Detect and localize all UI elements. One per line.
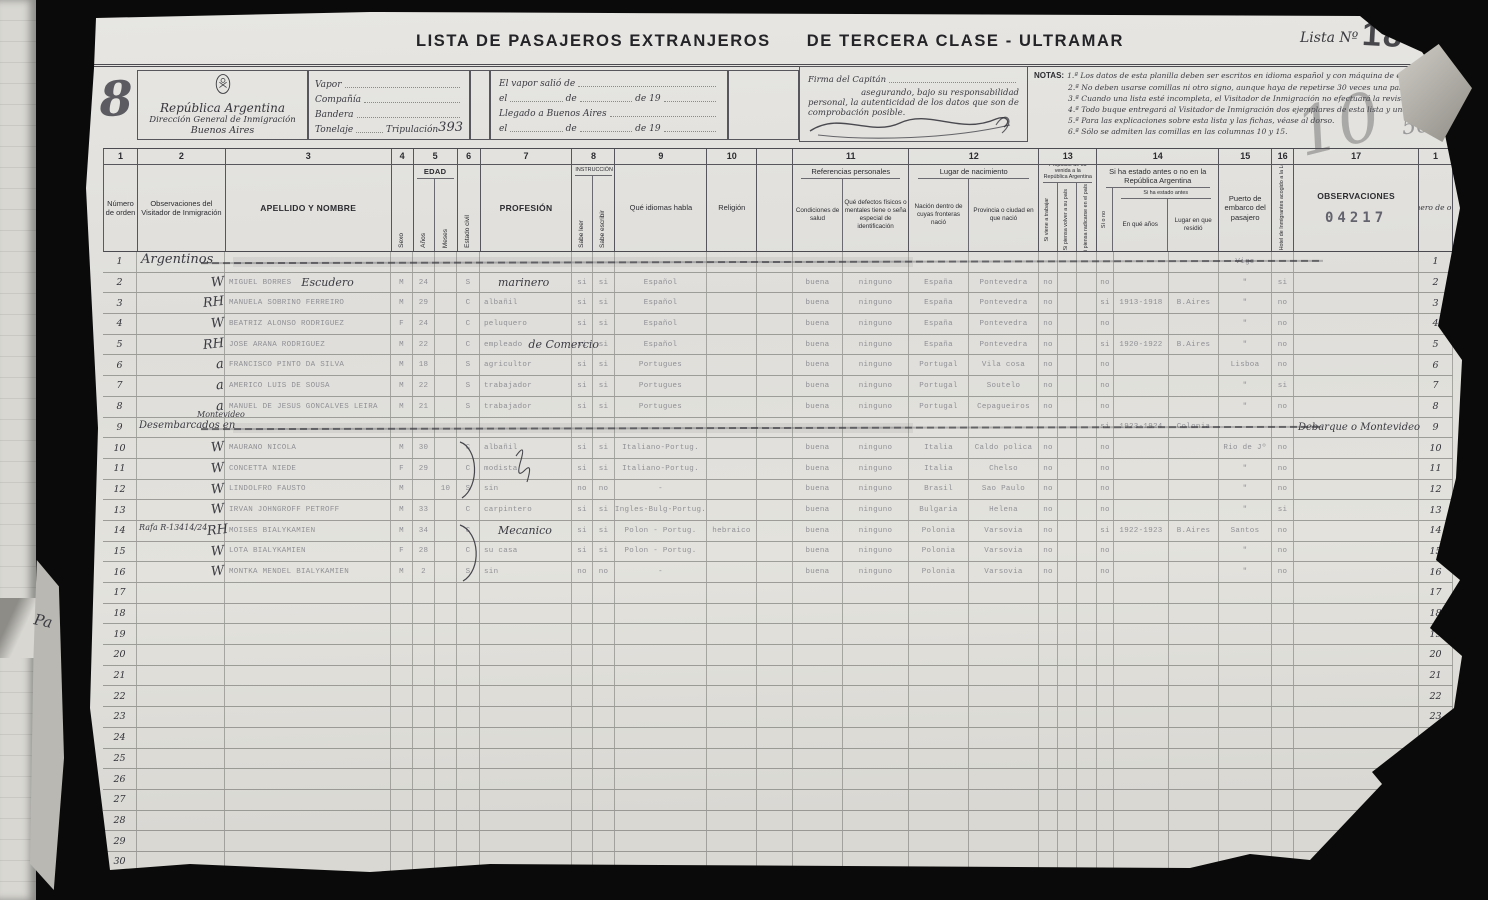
cell: [843, 790, 909, 810]
typed-value: si: [1100, 299, 1110, 307]
sail-de-label: de: [566, 94, 577, 104]
cell: Santos: [1219, 521, 1272, 541]
observaciones-stamp-number: 04217: [1325, 210, 1387, 226]
cell: [435, 645, 457, 665]
cell: M: [391, 273, 413, 293]
bandera-label: Bandera: [315, 110, 354, 120]
cell: [480, 769, 572, 789]
col-vertical-label: Estado civil: [465, 215, 472, 248]
typed-value: ninguno: [859, 506, 893, 514]
obs-handwritten: a: [215, 357, 224, 373]
col-group-title: Referencias personales: [801, 165, 900, 179]
cell: 8: [103, 397, 137, 417]
table-row: 9Desembarcados enMontevideosi1923-1924Co…: [103, 418, 1453, 439]
row-number-left: 3: [116, 298, 122, 309]
profession: modista: [484, 465, 518, 473]
cell: [572, 666, 593, 686]
cell: [1169, 500, 1219, 520]
cell: [1294, 728, 1419, 748]
typed-value: no: [1278, 465, 1288, 473]
cell: [757, 790, 793, 810]
typed-value: no: [1100, 485, 1110, 493]
typed-value: si: [599, 444, 609, 452]
cell: si: [1272, 376, 1294, 396]
col-number: 7: [481, 149, 572, 165]
cell: [435, 500, 457, 520]
cell: [1272, 686, 1294, 706]
col-numero-orden-right: 1Número de orden: [1419, 149, 1453, 251]
col-observaciones: 17OBSERVACIONES04217: [1294, 149, 1419, 251]
obs-handwritten: W: [210, 481, 225, 497]
cell: [793, 624, 843, 644]
col-edad: 5EDADAñosMeses: [414, 149, 458, 251]
cell: LINDOLFRO FAUSTO: [225, 480, 391, 500]
table-row: 3RHMANUELA SOBRINO FERREIROM29Calbañilsi…: [103, 293, 1453, 314]
cell: 22: [413, 335, 435, 355]
typed-value: si: [599, 279, 609, 287]
passenger-name: MAURANO NICOLA: [229, 444, 296, 452]
typed-value: Vigo: [1235, 258, 1254, 266]
cell: [969, 252, 1039, 272]
cell: sin: [480, 562, 572, 582]
cell: [969, 645, 1039, 665]
cell: [1169, 562, 1219, 582]
cell: [1294, 769, 1419, 789]
cell: [413, 728, 435, 748]
typed-value: no: [1100, 547, 1110, 555]
table-row: 11WCONCETTA NIEDEF29CmodistasisiItaliano…: [103, 459, 1453, 480]
cell: [225, 624, 391, 644]
cell: 30: [413, 438, 435, 458]
cell: 13: [103, 500, 137, 520]
cell: [843, 707, 909, 727]
typed-value: España: [924, 341, 953, 349]
typed-value: Lisboa: [1231, 361, 1260, 369]
cell: ninguno: [843, 459, 909, 479]
cell: [1419, 769, 1453, 789]
row-number-left: 25: [113, 753, 125, 764]
typed-value: C: [466, 527, 471, 535]
cell: 23: [1419, 707, 1453, 727]
cell: [1294, 438, 1419, 458]
cell: [1294, 314, 1419, 334]
cell: [909, 831, 969, 851]
typed-value: Polonia: [922, 547, 956, 555]
cell: [457, 769, 480, 789]
cell: [1077, 500, 1097, 520]
col-sexo: 4Sexo: [392, 149, 414, 251]
cell: [1058, 521, 1077, 541]
cell: [615, 624, 707, 644]
typed-value: si: [577, 320, 587, 328]
cell: [1097, 749, 1114, 769]
row-number-left: 2: [116, 277, 122, 288]
cell: si: [1097, 418, 1114, 438]
row-number-left: 28: [113, 815, 125, 826]
cell: MOISES BIALYKAMIEN: [225, 521, 391, 541]
typed-value: M: [399, 279, 404, 287]
cell: [757, 624, 793, 644]
cell: [1219, 831, 1272, 851]
cell: [137, 583, 225, 603]
cell: si: [572, 438, 593, 458]
cell: no: [1272, 397, 1294, 417]
cell: [707, 293, 757, 313]
cell: 19: [1419, 624, 1453, 644]
cell: [1169, 397, 1219, 417]
cell: 21: [103, 666, 137, 686]
typed-value: no: [599, 568, 609, 576]
typed-value: 1923-1924: [1119, 423, 1162, 431]
cell: [707, 418, 757, 438]
cell: W: [137, 273, 225, 293]
cell: 11: [103, 459, 137, 479]
cell: [707, 583, 757, 603]
cell: [413, 707, 435, 727]
cell: F: [391, 459, 413, 479]
cell: 21: [413, 397, 435, 417]
cell: [572, 728, 593, 748]
cell: [909, 666, 969, 686]
cell: [1114, 542, 1169, 562]
typed-value: si: [599, 299, 609, 307]
typed-value: buena: [805, 279, 829, 287]
cell: [457, 666, 480, 686]
typed-value: ninguno: [859, 403, 893, 411]
cell: no: [1272, 355, 1294, 375]
cell: M: [391, 480, 413, 500]
underlying-page-corner: [0, 598, 36, 658]
cell: [707, 335, 757, 355]
cell: no: [1039, 376, 1058, 396]
cell: [391, 749, 413, 769]
cell: albañil: [480, 438, 572, 458]
cell: [593, 604, 615, 624]
row-number-right: 9: [1432, 422, 1438, 433]
typed-value: C: [466, 444, 471, 452]
typed-value: 10: [441, 485, 451, 493]
cell: [225, 418, 391, 438]
typed-value: no: [1100, 465, 1110, 473]
typed-value: si: [1278, 382, 1288, 390]
cell: [480, 583, 572, 603]
cell: [909, 852, 969, 872]
row-number-left: 8: [116, 401, 122, 412]
row-number-right: 21: [1429, 670, 1441, 681]
cell: -: [615, 480, 707, 500]
spacer-box-b: [728, 70, 799, 140]
cell: [435, 397, 457, 417]
cell: Italiano-Portug.: [615, 459, 707, 479]
cell: 15: [1419, 542, 1453, 562]
col-label: PROFESIÓN: [499, 202, 554, 215]
cell: [1169, 749, 1219, 769]
typed-value: no: [599, 485, 609, 493]
cell: ninguno: [843, 500, 909, 520]
typed-value: no: [1100, 444, 1110, 452]
cell: [1114, 728, 1169, 748]
typed-value: C: [466, 320, 471, 328]
cell: [1077, 583, 1097, 603]
notas-label: NOTAS:: [1034, 71, 1064, 80]
passenger-name: LINDOLFRO FAUSTO: [229, 485, 306, 493]
cell: [909, 418, 969, 438]
row-number-left: 22: [113, 691, 125, 702]
cell: [757, 852, 793, 872]
cell: Polonia: [909, 542, 969, 562]
typed-value: no: [1043, 403, 1053, 411]
typed-value: no: [1043, 279, 1053, 287]
cell: C: [457, 293, 480, 313]
cell: [137, 749, 225, 769]
cell: [707, 542, 757, 562]
cell: si: [1272, 500, 1294, 520]
typed-value: Varsovia: [984, 547, 1022, 555]
typed-value: 22: [419, 382, 429, 390]
cell: [615, 707, 707, 727]
col-sub-label: Si piensa volver a su país: [1058, 183, 1077, 251]
cell: [615, 583, 707, 603]
cell: ninguno: [843, 314, 909, 334]
cell: Vila cosa: [969, 355, 1039, 375]
cell: 5: [103, 335, 137, 355]
cell: [1114, 604, 1169, 624]
typed-value: ninguno: [859, 299, 893, 307]
cell: [1114, 252, 1169, 272]
cell: [707, 707, 757, 727]
cell: [1058, 562, 1077, 582]
typed-value: Bulgaria: [919, 506, 957, 514]
cell: [391, 811, 413, 831]
typed-value: buena: [805, 444, 829, 452]
cell: ninguno: [843, 273, 909, 293]
cell: [572, 852, 593, 872]
cell: buena: [793, 438, 843, 458]
col-blank: [757, 149, 793, 251]
title-right: DE TERCERA CLASE - ULTRAMAR: [807, 32, 1124, 50]
cell: [1077, 707, 1097, 727]
cell: [1058, 438, 1077, 458]
cell: [1077, 418, 1097, 438]
typed-value: Pontevedra: [979, 299, 1027, 307]
cell: 2: [413, 562, 435, 582]
cell: sin: [480, 480, 572, 500]
cell: [909, 252, 969, 272]
typed-value: -: [658, 568, 663, 576]
cell: S: [457, 480, 480, 500]
cell: [1058, 273, 1077, 293]
row-number-left: 15: [113, 546, 125, 557]
cell: [1077, 293, 1097, 313]
cell: a: [137, 376, 225, 396]
typed-value: Polon - Portug.: [624, 547, 696, 555]
col-group-title: Propósito de su venida a la República Ar…: [1043, 165, 1092, 183]
cell: [757, 666, 793, 686]
cell: [137, 831, 225, 851]
cell: no: [1272, 459, 1294, 479]
cell: Pontevedra: [969, 314, 1039, 334]
cell: M: [391, 500, 413, 520]
cell: Bulgaria: [909, 500, 969, 520]
cell: [593, 686, 615, 706]
cell: [457, 852, 480, 872]
cell: [615, 686, 707, 706]
margin-handwritten-note: Pa: [32, 610, 54, 631]
cell: [1114, 811, 1169, 831]
typed-value: no: [1043, 506, 1053, 514]
typed-value: Italia: [924, 444, 953, 452]
cell: [413, 790, 435, 810]
cell: [1097, 769, 1114, 789]
cell: [909, 728, 969, 748]
cell: [1058, 355, 1077, 375]
cell: 1923-1924: [1114, 418, 1169, 438]
cell: 22: [1419, 686, 1453, 706]
cell: [1114, 624, 1169, 644]
cell: [1039, 583, 1058, 603]
cell: Ingles-Bulg-Portug.: [615, 500, 707, 520]
cell: [1097, 645, 1114, 665]
cell: 30: [103, 852, 137, 872]
typed-value: Soutelo: [987, 382, 1021, 390]
cell: [1039, 769, 1058, 789]
cell: [435, 314, 457, 334]
typed-value: no: [1278, 568, 1288, 576]
cell: [1097, 604, 1114, 624]
org-line-3: Buenos Aires: [138, 125, 307, 136]
cell: [1272, 624, 1294, 644]
cell: si: [593, 376, 615, 396]
cell: [413, 769, 435, 789]
cell: [1114, 707, 1169, 727]
cell: [1097, 707, 1114, 727]
cell: [1039, 686, 1058, 706]
cell: empleadode Comercio: [480, 335, 572, 355]
lista-number-label: Lista Nº: [1300, 30, 1358, 46]
typed-value: no: [1043, 320, 1053, 328]
cell: [1219, 769, 1272, 789]
col-proposito: 13Propósito de su venida a la República …: [1039, 149, 1097, 251]
cell: RH: [137, 293, 225, 313]
col-number: 1: [1419, 149, 1452, 165]
typed-value: Italia: [924, 465, 953, 473]
cell: 9: [1419, 418, 1453, 438]
typed-value: 1920-1922: [1119, 341, 1162, 349]
cell: si: [572, 459, 593, 479]
cell: Cepagueiros: [969, 397, 1039, 417]
cell: [593, 728, 615, 748]
cell: [1058, 293, 1077, 313]
cell: [413, 811, 435, 831]
cell: [1169, 624, 1219, 644]
cell: [1058, 666, 1077, 686]
cell: [480, 604, 572, 624]
cell: si: [593, 314, 615, 334]
cell: [1219, 728, 1272, 748]
typed-value: 28: [419, 547, 429, 555]
cell: JOSE ARANA RODRIGUEZ: [225, 335, 391, 355]
col-hotel-inmigrantes: 16Si se aloja en el Hotel de Inmigrantes…: [1272, 149, 1294, 251]
cell: ": [1219, 500, 1272, 520]
cell: [391, 645, 413, 665]
cell: 10: [1419, 438, 1453, 458]
cell: [909, 769, 969, 789]
cell: [1058, 749, 1077, 769]
cell: [843, 645, 909, 665]
cell: Vigo: [1219, 252, 1272, 272]
typed-value: ": [1243, 279, 1248, 287]
cell: [225, 604, 391, 624]
cell: MIGUEL BORRESEscudero: [225, 273, 391, 293]
typed-value: buena: [805, 485, 829, 493]
cell: [969, 583, 1039, 603]
cell: [435, 418, 457, 438]
typed-value: 1913-1918: [1119, 299, 1162, 307]
profession: trabajador: [484, 403, 532, 411]
cell: no: [1272, 335, 1294, 355]
typed-value: no: [1278, 299, 1288, 307]
cell: [1077, 314, 1097, 334]
col-label: Número de orden: [1419, 202, 1452, 213]
profession: agricultor: [484, 361, 532, 369]
cell: S: [457, 397, 480, 417]
row-number-right: 11: [1429, 463, 1441, 474]
cell: [707, 624, 757, 644]
row-number-left: 7: [116, 380, 122, 391]
cell: [1114, 438, 1169, 458]
table-row: 28: [103, 811, 1453, 832]
cell: 5: [1419, 335, 1453, 355]
cell: [1097, 790, 1114, 810]
typed-value: si: [577, 444, 587, 452]
cell: Brasil: [909, 480, 969, 500]
cell: [1294, 397, 1419, 417]
cell: Italiano-Portug.: [615, 438, 707, 458]
cell: W: [137, 438, 225, 458]
typed-value: no: [1100, 403, 1110, 411]
typed-value: F: [399, 320, 404, 328]
typed-value: si: [599, 320, 609, 328]
col-number: 5: [414, 149, 457, 165]
typed-value: B.Aires: [1177, 527, 1211, 535]
typed-value: Varsovia: [984, 527, 1022, 535]
cell: [137, 790, 225, 810]
cell: [1114, 749, 1169, 769]
typed-value: ": [1243, 320, 1248, 328]
cell: [1169, 707, 1219, 727]
typed-value: ": [1243, 568, 1248, 576]
cell: [435, 790, 457, 810]
cell: [413, 645, 435, 665]
table-row: 1919: [103, 624, 1453, 645]
cell: W: [137, 314, 225, 334]
cell: albañil: [480, 293, 572, 313]
cell: España: [909, 314, 969, 334]
cell: [593, 645, 615, 665]
cell: ninguno: [843, 355, 909, 375]
cell: [593, 252, 615, 272]
cell: [1077, 562, 1097, 582]
row-number-left: 12: [113, 484, 125, 495]
cell: [1077, 624, 1097, 644]
cell: [1077, 376, 1097, 396]
cell: [1114, 273, 1169, 293]
cell: no: [1097, 273, 1114, 293]
cell: [969, 852, 1039, 872]
cell: ": [1219, 459, 1272, 479]
cell: [1077, 355, 1097, 375]
cell: [707, 314, 757, 334]
